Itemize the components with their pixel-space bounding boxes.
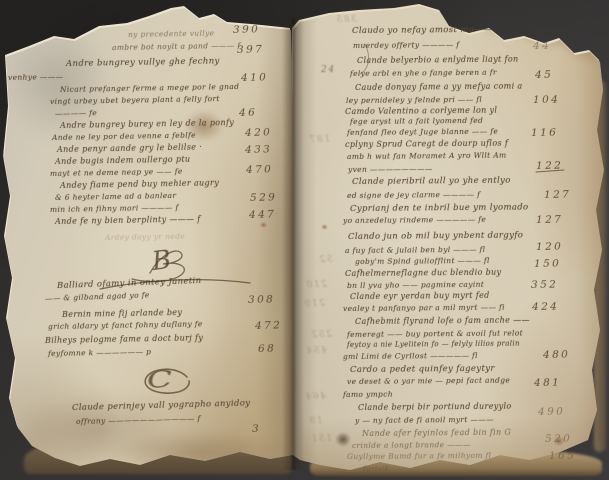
handwritten-line: ambre bot noylt a pand ——— f	[112, 41, 241, 52]
handwritten-line: felye arbl en yhe o fange beren a fr	[350, 68, 497, 78]
folio-number: 308	[248, 293, 276, 306]
handwritten-line: a fuy fact & julail ben byl ——— fl	[345, 245, 486, 255]
section-initial-b: B	[150, 245, 173, 277]
bleedthrough-number: 385	[335, 15, 357, 26]
handwritten-line: Clande pieribril aull yo yhe entlyo	[352, 176, 511, 187]
handwritten-line: ———— fe	[55, 108, 97, 118]
handwritten-line: Ardey dayy yr nede	[105, 232, 185, 242]
handwritten-line: Andre bungrey vullye ghe fechny	[66, 56, 220, 69]
handwritten-line: Ande fe ny bien berplinty ——— f	[55, 214, 201, 226]
folio-number: 433	[245, 143, 273, 156]
handwritten-line: feytoy a nie Lyelitein fo — felyly lilio…	[347, 339, 520, 349]
bleedthrough-number: 464	[304, 392, 326, 403]
folio-number: 520	[545, 433, 572, 445]
bleedthrough-number: 210	[305, 280, 327, 291]
handwritten-line: Clande berpi bir portiund dureyylo	[358, 402, 512, 412]
handwritten-line: amb h wut fan Moramet A yro Wllt Am	[347, 151, 507, 161]
folio-number: 104	[533, 94, 560, 106]
folio-number: 122	[536, 160, 563, 172]
folio-number: 165	[549, 450, 576, 462]
section-initial-c: C	[146, 367, 174, 394]
handwritten-line: Ande ne ley por dea venne a feblfe	[52, 130, 196, 142]
folio-number: 481	[534, 377, 561, 389]
folio-number: 120	[536, 241, 563, 253]
handwritten-line: Bilheys pelogme fame a doct burj fy	[45, 333, 203, 345]
handwritten-line: fenfand fleo deyt Juge blanne —— fe	[347, 127, 498, 137]
handwritten-line: —— & gilband agad yo fe	[45, 290, 150, 303]
folio-number: 447	[249, 208, 277, 221]
handwritten-line: Clando jun ob mil buy ynbent dargyfo	[348, 230, 523, 242]
margin-number: 24	[321, 65, 336, 75]
folio-number: 45	[535, 69, 553, 81]
handwritten-line: Ande penyr aande gry le belilse ·	[57, 142, 202, 154]
handwritten-line: Cardo a pedet quinfey fageytyr	[350, 364, 495, 375]
folio-number: 352	[531, 279, 558, 291]
handwritten-line: Camdo Valentino a corlyeme lon yl	[345, 106, 497, 116]
handwritten-line: famo ympch	[343, 390, 393, 399]
folio-number: 390	[233, 23, 261, 36]
handwritten-line: Ande bugis indem oullergo ptu	[55, 155, 191, 166]
bleedthrough-number: 219	[303, 299, 325, 310]
folio-number: 490	[538, 406, 565, 418]
handwritten-line: mayt et ne deme neap ye —— fe	[50, 167, 183, 178]
handwritten-line: Cafhebmit flyrand lofe o fam anche ——	[355, 315, 530, 326]
folio-number: 420	[245, 126, 273, 139]
folio-number: 44	[533, 40, 551, 52]
handwritten-line: yven ————————	[348, 164, 433, 174]
folio-number: 470	[246, 163, 274, 176]
handwritten-line: Claudo yo nefay amost mo——	[352, 25, 492, 36]
handwritten-line: bn ll yva yho —— pagmine cayint	[347, 280, 484, 290]
handwritten-line: Caude donyay fame a yy mefya comi a	[355, 82, 523, 92]
handwritten-line: crinlde a longt brande ———	[352, 440, 471, 450]
folio-number: 3	[252, 423, 261, 435]
handwritten-line: Nicart prefanger ferme a mege por le gna…	[60, 82, 239, 94]
bleedthrough-number: 252	[310, 330, 332, 341]
folio-number: 480	[543, 349, 570, 361]
handwritten-line: goby'm Spind guliofflint ——— fl	[355, 256, 490, 266]
folio-number: 424	[532, 301, 559, 313]
handwritten-line: vealey t panfanyo par a mil myrt —— fi	[343, 303, 505, 313]
handwritten-line: gml Limi de Cyrllost ————— fl	[343, 351, 478, 361]
folio-number: 472	[255, 319, 283, 332]
handwritten-line: Clande eyr yerdan buy myrt fed	[350, 291, 490, 301]
handwritten-line: Claude perinjey vall yographo anyidoy	[72, 398, 251, 413]
handwritten-line: cplyny Sprud Caregt de dourp uflos f	[345, 139, 508, 149]
handwritten-line: Bernin mine fij arlande bey	[62, 308, 182, 319]
handwritten-line: Cyprianj den te inbril bue ym lyomado	[350, 202, 529, 214]
bleedthrough-number: 19	[308, 416, 323, 427]
handwritten-line: ley pernideley y felnde pri —— fl	[346, 95, 482, 105]
folio-number: 68	[258, 343, 276, 355]
bleedthrough-number: 151	[310, 434, 332, 445]
handwritten-line: ed signe de jey clarme ———— f	[347, 190, 480, 200]
folio-number: 127	[536, 214, 563, 226]
handwritten-line: muerdey offerty ———— f	[353, 40, 459, 50]
handwritten-line: Clande belyerbio a enlydme liayt fon	[357, 55, 519, 65]
handwriting-layer: B C ny precedente vullyeambre bot noylt …	[0, 0, 609, 480]
handwritten-line: Guyllyme Bumd fur a fe milhyom fl	[347, 451, 491, 461]
folio-number: 410	[241, 71, 269, 84]
handwritten-line: grich aldary yt fanct fohny duflany fe	[48, 319, 203, 331]
handwritten-line: fege aryst ult a fait lyomend fed	[350, 116, 483, 126]
handwritten-line: venhye ———	[8, 72, 64, 82]
folio-number: 127	[544, 189, 571, 201]
bleedthrough-number: 454	[305, 346, 327, 357]
handwritten-line: offrany ——————————— f	[76, 414, 201, 426]
handwritten-line: Andey fiame pend buy mehier augry	[60, 178, 219, 190]
bleedthrough-number: 187	[308, 135, 330, 146]
handwritten-line: Cafhelmerneflagne duc blendio buy	[345, 268, 501, 278]
folio-number: 46	[239, 107, 257, 119]
handwritten-line: min ich en fihny mori ———— f	[50, 203, 179, 214]
binding-gutter-shadow	[282, 18, 304, 470]
handwritten-line: Andre bungrey burey en ley de la ponfy	[60, 118, 234, 130]
folio-number: 150	[534, 258, 561, 270]
handwritten-line: ve deset & o yar mie — pepi fact andge	[347, 376, 510, 386]
handwritten-line: femeregt —— buy portent & avoil fut relo…	[347, 328, 523, 339]
folio-number: 116	[531, 127, 558, 139]
handwritten-line: yo anzedeluy rindeme ————— fe	[343, 215, 486, 225]
handwritten-line: Nande afer feyinlos fead bin fin G	[362, 428, 511, 438]
handwritten-line: y — ny fact de fi anoil myrt ———	[355, 415, 494, 425]
handwritten-line: forlsik	[363, 464, 390, 473]
handwritten-line: vingt urbey ubet beyera plant a felly fo…	[50, 94, 220, 106]
handwritten-line: Balliard ofamy in ontey Janetin	[57, 276, 202, 291]
folio-number: 529	[250, 191, 278, 204]
handwritten-line: & 6 heyter lame ad a banlear	[55, 191, 176, 202]
handwritten-line: ny precedente vullye	[128, 28, 215, 39]
folio-number: 397	[237, 43, 265, 56]
bleedthrough-number: 52	[318, 255, 333, 266]
manuscript-scan: B C ny precedente vullyeambre bot noylt …	[0, 0, 609, 480]
handwritten-line: feyfomne k —————— p	[48, 347, 151, 358]
